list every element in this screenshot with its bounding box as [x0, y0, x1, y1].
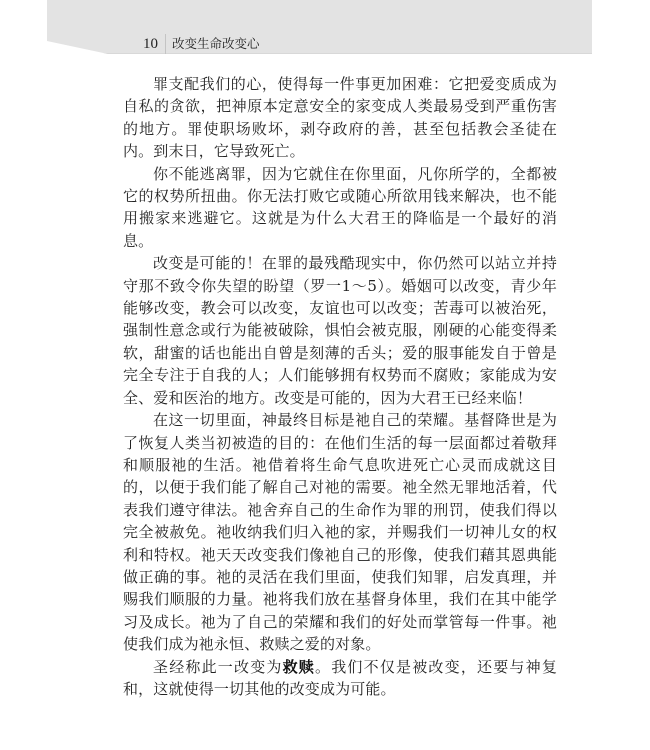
header-divider — [165, 34, 166, 54]
body-text: 罪支配我们的心，使得每一件事更加困难：它把爱变质成为自私的贪欲，把神原本定意安全… — [123, 73, 557, 700]
running-header-band — [47, 0, 592, 54]
paragraph-change-is-possible: 改变是可能的！在罪的最残酷现实中，你仍然可以站立并持守那不致令你失望的盼望（罗一… — [123, 252, 557, 409]
paragraph-cannot-escape-sin: 你不能逃离罪，因为它就住在你里面，凡你所学的，全都被它的权势所扭曲。你无法打败它… — [123, 163, 557, 253]
paragraph-sin-rules-heart: 罪支配我们的心，使得每一件事更加困难：它把爱变质成为自私的贪欲，把神原本定意安全… — [123, 73, 557, 163]
redemption-text-before: 圣经称此一改变为 — [153, 658, 283, 676]
running-title: 改变生命改变心 — [172, 36, 260, 52]
redemption-bold-term: 救赎 — [283, 658, 315, 676]
page-number: 10 — [143, 35, 158, 53]
paragraph-redemption: 圣经称此一改变为救赎。我们不仅是被改变，还要与神复和，这就使得一切其他的改变成为… — [123, 656, 557, 701]
paragraph-gods-glory: 在这一切里面，神最终目标是祂自己的荣耀。基督降世是为了恢复人类当初被造的目的：在… — [123, 409, 557, 655]
